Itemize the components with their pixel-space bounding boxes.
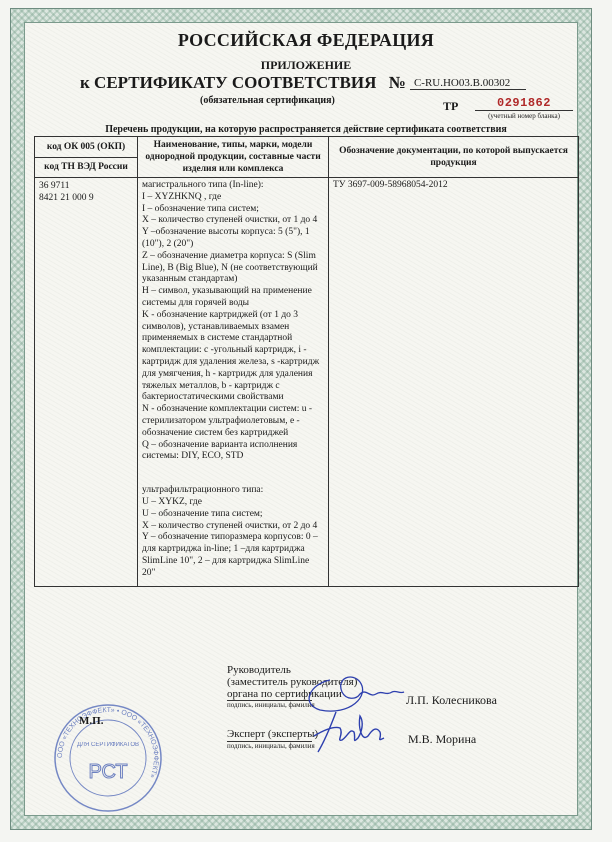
description-line: N - обозначение комплектации систем: u -… (142, 404, 324, 439)
seal-label: М.П. (79, 715, 103, 727)
description-line: Q – обозначение варианта исполнения сист… (142, 440, 324, 464)
signature-note: подпись, инициалы, фамилия (227, 742, 315, 750)
head-name: Л.П. Колесникова (406, 693, 497, 708)
certificate-title-text: к СЕРТИФИКАТУ СООТВЕТСТВИЯ (80, 73, 376, 92)
list-caption: Перечень продукции, на которую распростр… (0, 124, 612, 135)
expert-signature-icon (310, 708, 390, 758)
description-line: Y – обозначение типоразмера корпусов: 0 … (142, 532, 324, 579)
codes-cell: 36 9711 8421 21 000 9 (35, 178, 138, 587)
description-line: U – обозначение типа систем; (142, 509, 324, 521)
description-line: X – количество ступеней очистки, от 1 до… (142, 215, 324, 227)
header-product: Наименование, типы, марки, модели одноро… (138, 137, 329, 178)
header-tnved-code: код ТН ВЭД России (35, 157, 138, 178)
certificate-number: C-RU.HO03.B.00302 (410, 77, 526, 90)
expert-name: М.В. Морина (408, 732, 476, 747)
expert-label: Эксперт (эксперты) (227, 728, 318, 740)
svg-text:РСТ: РСТ (88, 761, 127, 783)
description-line: H – символ, указывающий на применение си… (142, 286, 324, 310)
products-table: код ОК 005 (ОКП) Наименование, типы, мар… (34, 136, 579, 587)
appendix-title: ПРИЛОЖЕНИЕ (0, 58, 612, 73)
svg-text:ДЛЯ СЕРТИФИКАТОВ: ДЛЯ СЕРТИФИКАТОВ (77, 742, 139, 748)
description-line: X – количество ступеней очистки, от 2 до… (142, 521, 324, 533)
description-line: U – XYKZ, где (142, 497, 324, 509)
description-line: магистрального типа (In-line): (142, 180, 324, 192)
description-line: K - обозначение картриджей (от 1 до 3 си… (142, 310, 324, 404)
description-line: Y –обозначение высоты корпуса: 5 (5"), 1… (142, 227, 324, 251)
description-line: ультрафильтрационного типа: (142, 485, 324, 497)
tnved-code: 8421 21 000 9 (39, 192, 133, 204)
blank-number: 0291862 (475, 96, 573, 111)
description-line: I – XYZHKNQ , где (142, 192, 324, 204)
header-okp-code: код ОК 005 (ОКП) (35, 137, 138, 158)
certification-type: (обязательная сертификация) (200, 95, 335, 106)
ultrafiltration-type-description: ультрафильтрационного типа:U – XYKZ, где… (142, 485, 324, 579)
country-title: РОССИЙСКАЯ ФЕДЕРАЦИЯ (0, 30, 612, 51)
inline-type-description: магистрального типа (In-line):I – XYZHKN… (142, 180, 324, 463)
product-description: магистрального типа (In-line):I – XYZHKN… (138, 178, 329, 587)
description-line: I – обозначение типа систем; (142, 204, 324, 216)
number-sign: № (389, 73, 406, 92)
description-line: Z – обозначение диаметра корпуса: S (Sli… (142, 251, 324, 286)
header-documentation: Обозначение документации, по которой вып… (329, 137, 579, 178)
organization-stamp-icon: ООО «ТЕХНОЭФФЕКТ» • ООО «ТЕХНОЭФФЕКТ» ДЛ… (52, 702, 164, 814)
certificate-title: к СЕРТИФИКАТУ СООТВЕТСТВИЯ № C-RU.HO03.B… (80, 73, 526, 93)
documentation-cell: ТУ 3697-009-58968054-2012 (329, 178, 579, 587)
tp-label: ТР (443, 99, 458, 114)
okp-code: 36 9711 (39, 180, 133, 192)
blank-number-note: (учетный номер бланка) (475, 112, 573, 120)
table-row: 36 9711 8421 21 000 9 магистрального тип… (35, 178, 579, 587)
